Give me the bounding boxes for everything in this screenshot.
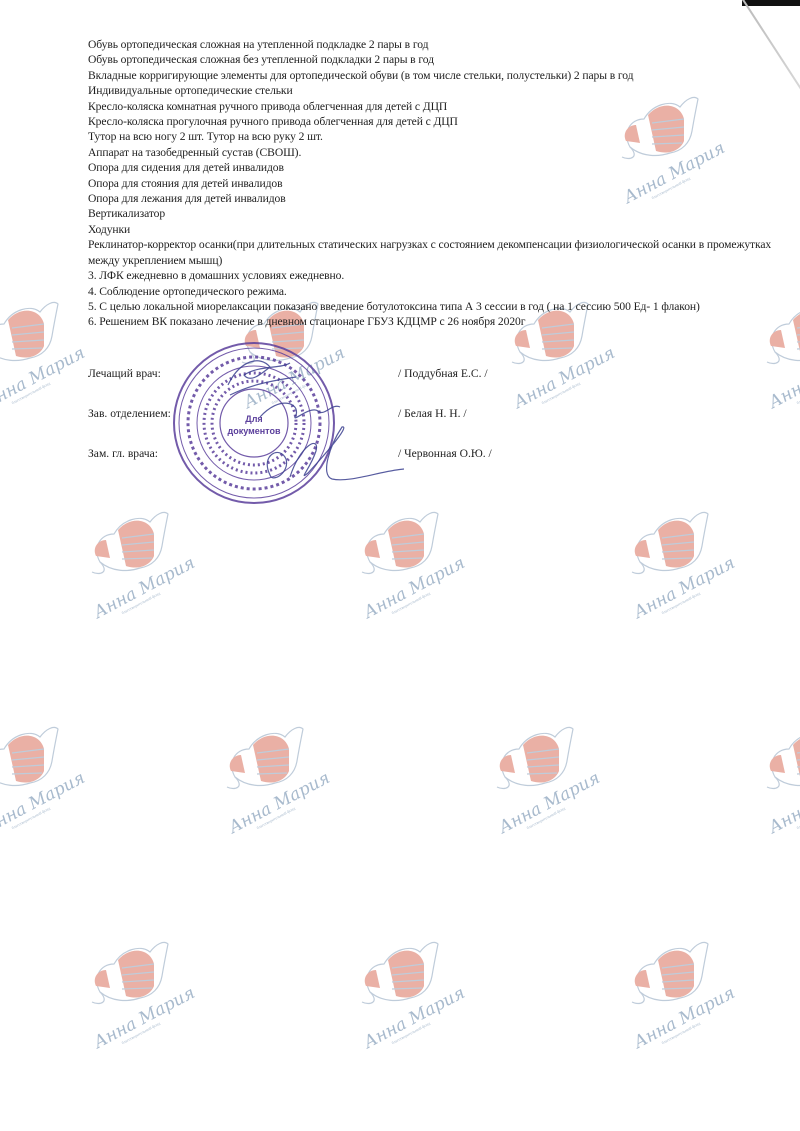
signature-role: Лечащий врач: <box>88 367 161 380</box>
rec-line: Обувь ортопедическая сложная на утепленн… <box>88 37 778 52</box>
watermark-logo: Анна Мария благотворительный фонд <box>70 930 200 1040</box>
rec-item-5: 5. С целью локальной миорелаксации показ… <box>88 299 778 314</box>
watermark-logo: Анна Мария благотворительный фонд <box>340 930 470 1040</box>
svg-text:Анна Мария: Анна Мария <box>765 343 800 413</box>
rec-item-4: 4. Соблюдение ортопедического режима. <box>88 284 778 299</box>
svg-text:Анна Мария: Анна Мария <box>630 983 739 1053</box>
watermark-logo: Анна Мария благотворительный фонд <box>205 715 335 825</box>
watermark-logo: Анна Мария благотворительный фонд <box>610 930 740 1040</box>
watermark-logo: Анна Мария благотворительный фонд <box>70 500 200 610</box>
watermark-logo: Анна Мария благотворительный фонд <box>0 715 90 825</box>
svg-text:Анна Мария: Анна Мария <box>0 343 88 413</box>
scan-border <box>742 0 800 6</box>
rec-line: Кресло-коляска комнатная ручного привода… <box>88 99 778 114</box>
svg-text:Анна Мария: Анна Мария <box>360 553 469 623</box>
watermark-logo: Анна Мария благотворительный фонд <box>475 715 605 825</box>
rec-line: Кресло-коляска прогулочная ручного приво… <box>88 114 778 129</box>
rec-line: Вертикализатор <box>88 206 778 221</box>
svg-text:Анна Мария: Анна Мария <box>0 768 88 838</box>
svg-text:благотворительный фонд: благотворительный фонд <box>661 591 701 616</box>
svg-text:благотворительный фонд: благотворительный фонд <box>391 1021 431 1046</box>
rec-line: Аппарат на тазобедренный сустав (СВОШ). <box>88 145 778 160</box>
rec-line: Опора для лежания для детей инвалидов <box>88 191 778 206</box>
watermark-logo: Анна Мария благотворительный фонд <box>0 290 90 400</box>
svg-text:Анна Мария: Анна Мария <box>90 553 199 623</box>
svg-text:Анна Мария: Анна Мария <box>765 768 800 838</box>
watermark-logo: Анна Мария благотворительный фонд <box>340 500 470 610</box>
rec-line: Вкладные корригирующие элементы для орто… <box>88 68 778 83</box>
rec-line: Тутор на всю ногу 2 шт. Тутор на всю рук… <box>88 129 778 144</box>
rec-line: Ходунки <box>88 222 778 237</box>
handwritten-signatures <box>200 355 400 495</box>
svg-text:благотворительный фонд: благотворительный фонд <box>796 381 800 406</box>
signature-name: / Червонная О.Ю. / <box>398 447 492 460</box>
svg-text:Анна Мария: Анна Мария <box>495 768 604 838</box>
svg-text:благотворительный фонд: благотворительный фонд <box>796 806 800 831</box>
rec-line: Индивидуальные ортопедические стельки <box>88 83 778 98</box>
svg-text:Анна Мария: Анна Мария <box>225 768 334 838</box>
svg-text:благотворительный фонд: благотворительный фонд <box>11 381 51 406</box>
rec-item-6: 6. Решением ВК показано лечение в дневно… <box>88 314 778 329</box>
rec-line: Опора для сидения для детей инвалидов <box>88 160 778 175</box>
watermark-logo: Анна Мария благотворительный фонд <box>745 715 800 825</box>
rec-line: Опора для стояния для детей инвалидов <box>88 176 778 191</box>
svg-text:Анна Мария: Анна Мария <box>630 553 739 623</box>
svg-text:благотворительный фонд: благотворительный фонд <box>121 591 161 616</box>
svg-text:благотворительный фонд: благотворительный фонд <box>391 591 431 616</box>
signature-role: Зав. отделением: <box>88 407 171 420</box>
svg-text:благотворительный фонд: благотворительный фонд <box>256 806 296 831</box>
rec-line: Реклинатор-корректор осанки(при длительн… <box>88 237 778 268</box>
signature-name: / Белая Н. Н. / <box>398 407 467 420</box>
svg-text:благотворительный фонд: благотворительный фонд <box>661 1021 701 1046</box>
document-body: Обувь ортопедическая сложная на утепленн… <box>88 37 778 330</box>
signature-name: / Поддубная Е.С. / <box>398 367 488 380</box>
svg-text:благотворительный фонд: благотворительный фонд <box>121 1021 161 1046</box>
svg-text:благотворительный фонд: благотворительный фонд <box>526 806 566 831</box>
rec-line: Обувь ортопедическая сложная без утеплен… <box>88 52 778 67</box>
svg-text:благотворительный фонд: благотворительный фонд <box>541 381 581 406</box>
svg-text:Анна Мария: Анна Мария <box>90 983 199 1053</box>
svg-text:благотворительный фонд: благотворительный фонд <box>11 806 51 831</box>
svg-text:Анна Мария: Анна Мария <box>360 983 469 1053</box>
signature-role: Зам. гл. врача: <box>88 447 158 460</box>
watermark-logo: Анна Мария благотворительный фонд <box>610 500 740 610</box>
rec-item-3: 3. ЛФК ежедневно в домашних условиях еже… <box>88 268 778 283</box>
